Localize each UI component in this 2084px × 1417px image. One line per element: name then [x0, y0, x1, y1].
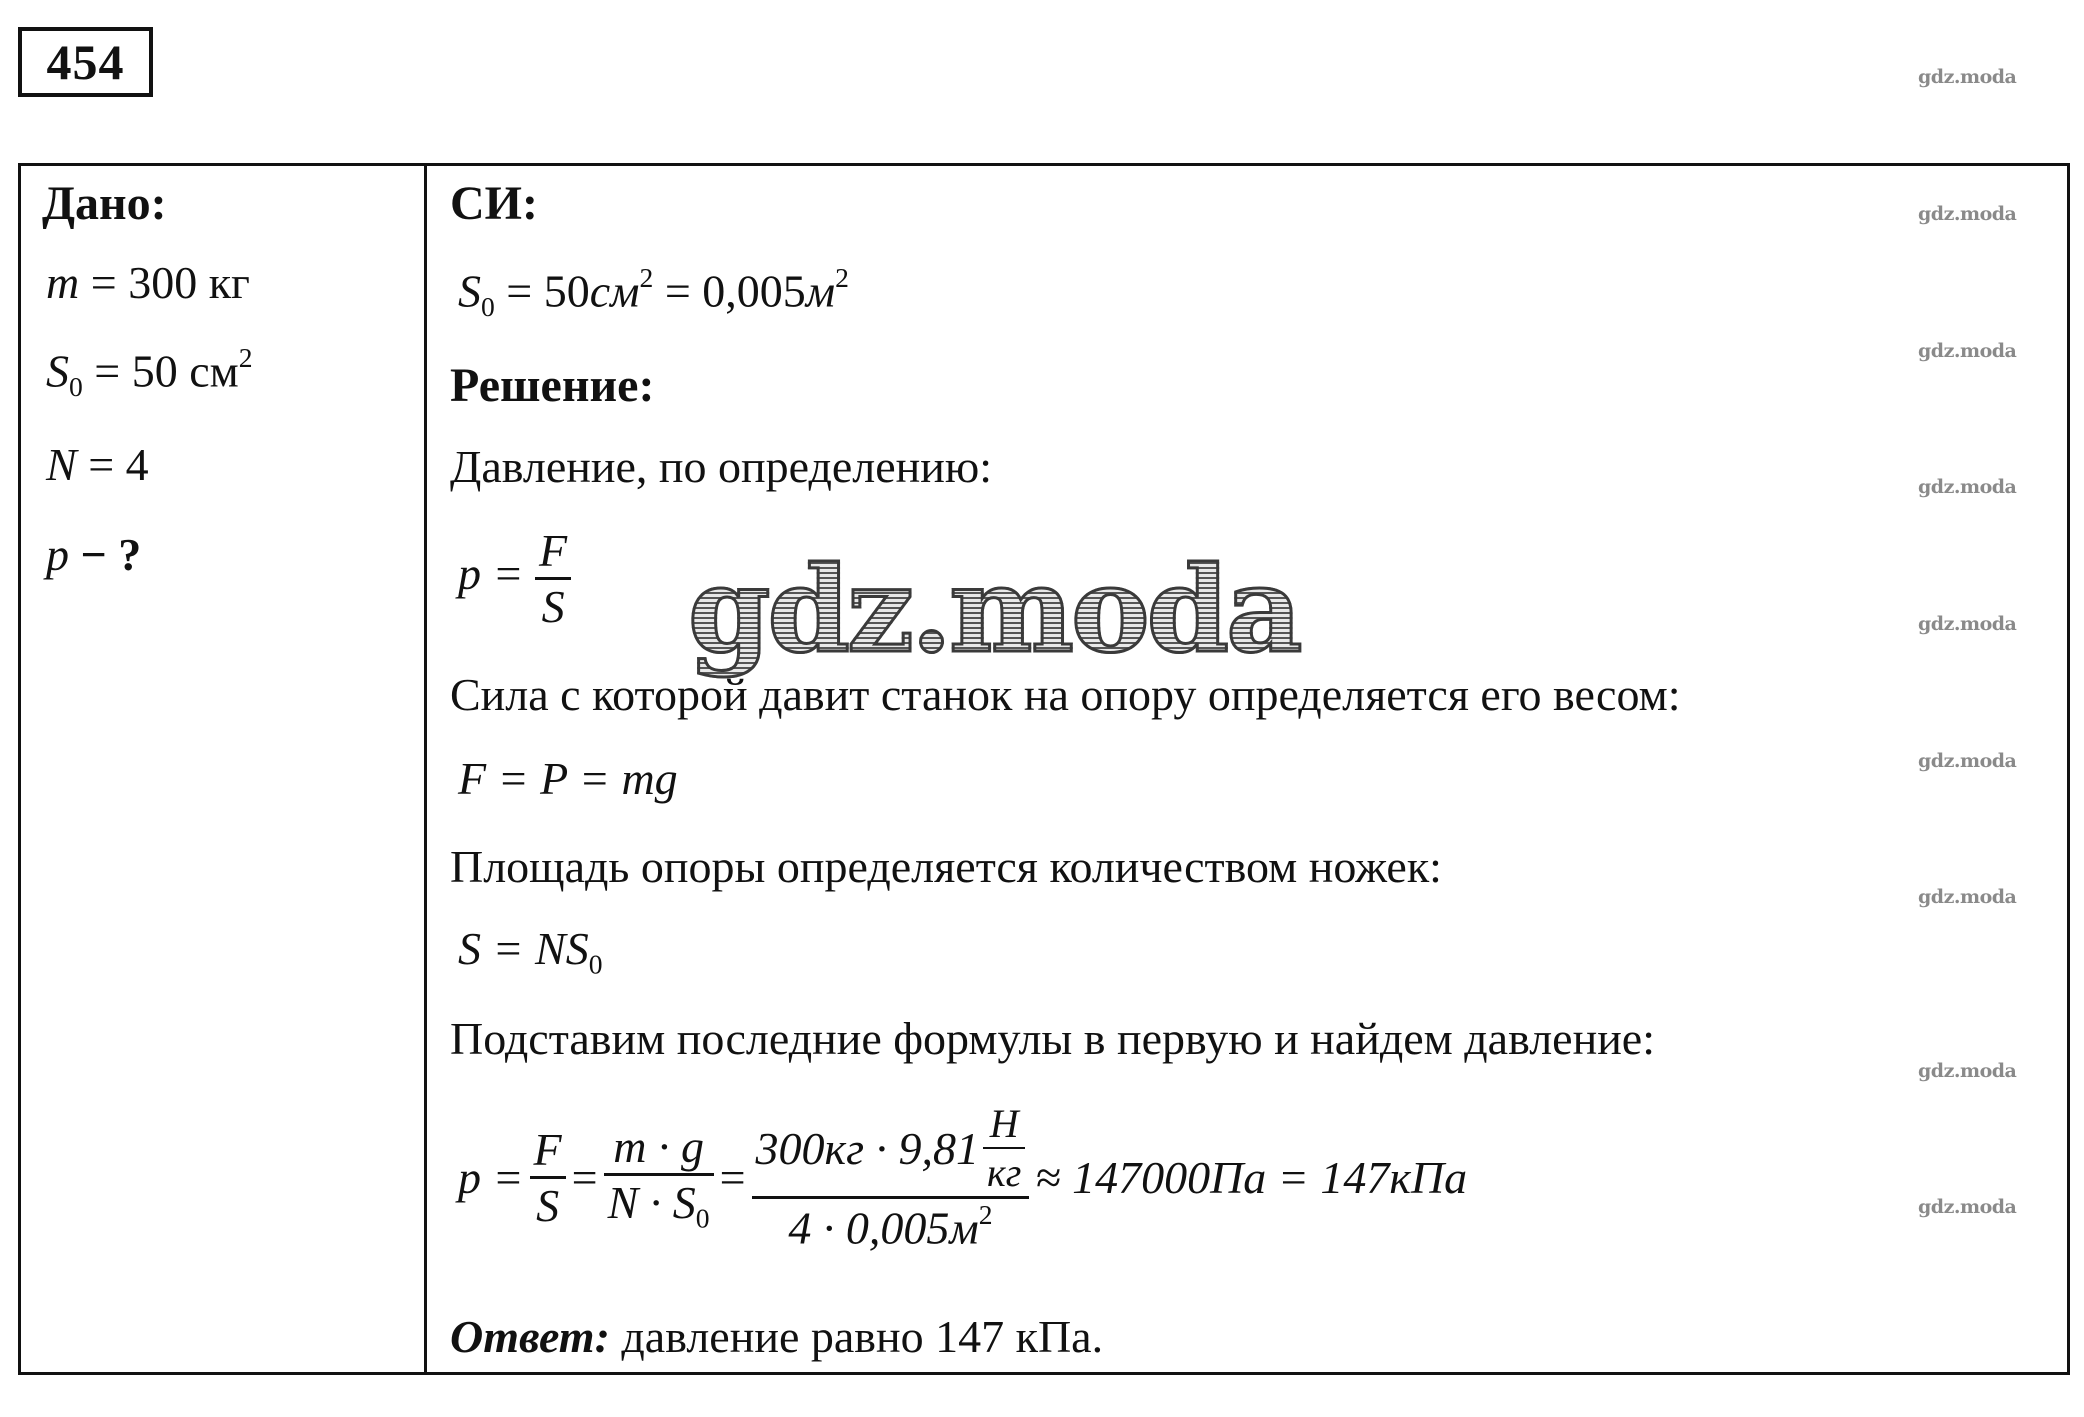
step2-text: Сила с которой давит станок на опору опр…	[450, 668, 1680, 721]
step4-text: Подставим последние формулы в первую и н…	[450, 1012, 1655, 1065]
solution-heading: Решение:	[450, 358, 654, 413]
step2-formula: F = P = mg	[458, 752, 678, 805]
step1-text: Давление, по определению:	[450, 440, 992, 493]
si-conversion: S0 = 50см2 = 0,005м2	[458, 262, 849, 323]
given-mass: m = 300 кг	[46, 256, 250, 309]
final-formula: p = F S = m · g N · S0 = 300кг · 9,81 Н …	[458, 1100, 1467, 1254]
problem-number: 454	[18, 27, 153, 97]
column-divider	[424, 163, 427, 1375]
given-heading: Дано:	[42, 176, 167, 231]
step3-text: Площадь опоры определяется количеством н…	[450, 840, 1442, 893]
answer: Ответ: давление равно 147 кПа.	[450, 1310, 1103, 1363]
given-leg-count: N = 4	[46, 438, 149, 491]
watermark: gdz.moda	[1918, 66, 2016, 88]
given-unknown: p − ?	[46, 528, 141, 581]
step1-formula: p = F S	[458, 524, 571, 633]
step3-formula: S = NS0	[458, 922, 603, 981]
si-heading: СИ:	[450, 176, 538, 231]
watermark-logo: gdz.moda	[688, 540, 1300, 679]
given-leg-area: S0 = 50 см2	[46, 342, 253, 403]
